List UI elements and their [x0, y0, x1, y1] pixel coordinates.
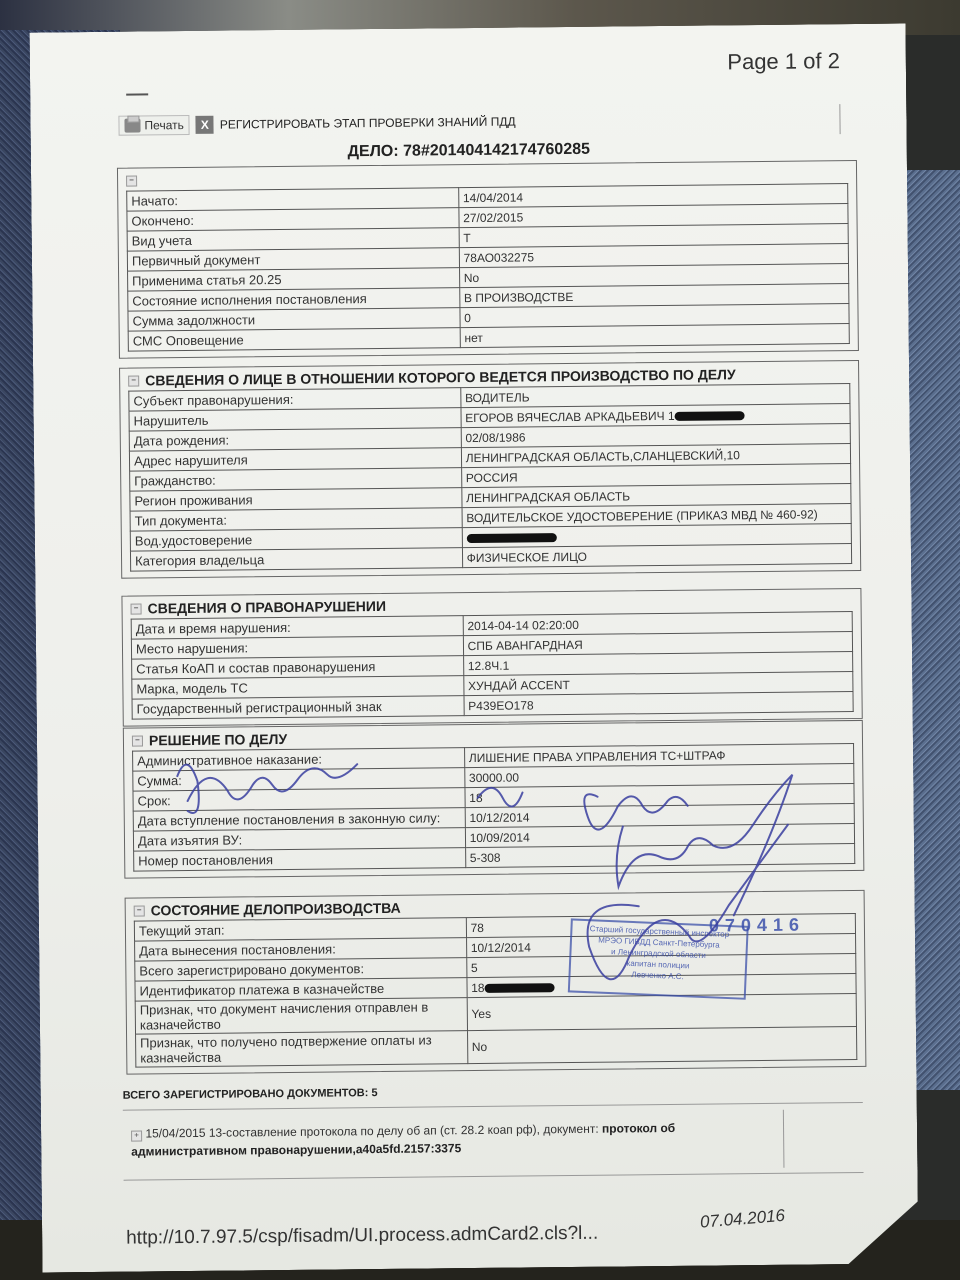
section-offense: −СВЕДЕНИЯ О ПРАВОНАРУШЕНИИ Дата и время …	[121, 588, 862, 727]
page-indicator: Page 1 of 2	[727, 48, 840, 75]
status-table: Текущий этап:78Дата вынесения постановле…	[134, 913, 857, 1068]
footer-date: 07.04.2016	[699, 1206, 785, 1233]
redaction-mark	[466, 533, 556, 543]
section-decision: −РЕШЕНИЕ ПО ДЕЛУ Административное наказа…	[123, 720, 865, 879]
expand-icon[interactable]: +	[131, 1131, 142, 1142]
row-label: Признак, что документ начисления отправл…	[135, 998, 467, 1034]
row-label: Признак, что получено подтвержение оплат…	[136, 1031, 468, 1067]
decision-table: Административное наказание:ЛИШЕНИЕ ПРАВА…	[132, 743, 855, 872]
row-label: СМС Оповещение	[128, 328, 460, 351]
divider	[124, 1172, 864, 1181]
general-table: Начато:14/04/2014Окончено:27/02/2015Вид …	[126, 183, 850, 352]
row-label: Номер постановления	[134, 848, 466, 871]
row-value: No	[467, 1027, 857, 1064]
redaction-mark	[485, 983, 555, 993]
section-title: СОСТОЯНИЕ ДЕЛОПРОИЗВОДСТВА	[151, 900, 401, 919]
row-label: Категория владельца	[130, 548, 462, 571]
section-title: СВЕДЕНИЯ О ПРАВОНАРУШЕНИИ	[147, 598, 386, 616]
row-value: Р439ЕО178	[464, 692, 854, 716]
collapse-icon[interactable]: −	[132, 735, 143, 746]
collapse-icon[interactable]: −	[128, 375, 139, 386]
excel-icon[interactable]: X	[196, 116, 214, 134]
table-row: Признак, что получено подтвержение оплат…	[136, 1027, 857, 1068]
row-value: 5-308	[465, 844, 855, 868]
row-value: Yes	[467, 994, 857, 1031]
row-value: ФИЗИЧЕСКОЕ ЛИЦО	[462, 544, 852, 568]
section-person: −СВЕДЕНИЯ О ЛИЦЕ В ОТНОШЕНИИ КОТОРОГО ВЕ…	[119, 360, 861, 579]
collapse-icon[interactable]: −	[134, 905, 145, 916]
print-button[interactable]: Печать	[118, 115, 190, 136]
row-value: нет	[460, 324, 850, 348]
printed-page: Page 1 of 2 Печать X РЕГИСТРИРОВАТЬ ЭТАП…	[30, 23, 919, 1272]
divider	[123, 1102, 863, 1111]
pen-mark	[126, 93, 148, 95]
section-title: РЕШЕНИЕ ПО ДЕЛУ	[149, 731, 287, 748]
total-documents: ВСЕГО ЗАРЕГИСТРИРОВАНО ДОКУМЕНТОВ: 5	[123, 1087, 378, 1102]
person-table: Субъект правонарушения:ВОДИТЕЛЬНарушител…	[128, 383, 852, 572]
footer-url: http://10.7.97.5/csp/fisadm/UI.process.a…	[126, 1223, 598, 1250]
collapse-icon[interactable]: −	[131, 603, 142, 614]
section-general: − Начато:14/04/2014Окончено:27/02/2015Ви…	[117, 160, 859, 359]
document-entry[interactable]: + 15/04/2015 13-составление протокола по…	[131, 1118, 791, 1161]
redaction-mark	[675, 411, 745, 421]
register-knowledge-check-link[interactable]: РЕГИСТРИРОВАТЬ ЭТАП ПРОВЕРКИ ЗНАНИЙ ПДД	[220, 115, 516, 132]
offense-table: Дата и время нарушения:2014-04-14 02:20:…	[131, 611, 854, 720]
official-stamp: Старший государственный инспекторМРЭО ГИ…	[568, 918, 749, 999]
document-entry-text: 15/04/2015 13-составление протокола по д…	[145, 1122, 602, 1141]
printer-icon	[124, 118, 140, 132]
print-label: Печать	[144, 118, 183, 132]
toolbar: Печать X РЕГИСТРИРОВАТЬ ЭТАП ПРОВЕРКИ ЗН…	[118, 112, 515, 136]
row-label: Государственный регистрационный знак	[132, 696, 464, 719]
divider	[839, 104, 840, 134]
collapse-icon[interactable]: −	[126, 175, 137, 186]
